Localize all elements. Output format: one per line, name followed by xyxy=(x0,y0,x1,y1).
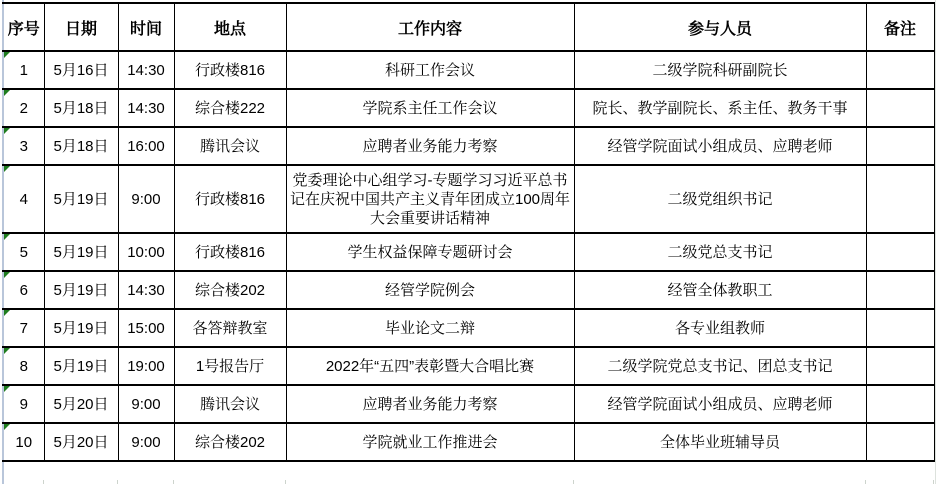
table-row: 9 5月20日 9:00 腾讯会议 应聘者业务能力考察 经管学院面试小组成员、应… xyxy=(3,385,934,423)
cell-date[interactable]: 5月18日 xyxy=(44,127,118,165)
cell-time[interactable]: 9:00 xyxy=(118,385,174,423)
cell-note[interactable] xyxy=(866,127,934,165)
error-flag-triangle-icon xyxy=(4,234,10,240)
cell-content[interactable]: 学院就业工作推进会 xyxy=(286,423,574,461)
table-row: 10 5月20日 9:00 综合楼202 学院就业工作推进会 全体毕业班辅导员 xyxy=(3,423,934,461)
seq-value: 4 xyxy=(20,191,28,208)
table-row: 2 5月18日 14:30 综合楼222 学院系主任工作会议 院长、教学副院长、… xyxy=(3,89,934,127)
error-flag-triangle-icon xyxy=(4,52,10,58)
seq-value: 2 xyxy=(20,100,28,117)
cell-note[interactable] xyxy=(866,347,934,385)
table-row: 4 5月19日 9:00 行政楼816 党委理论中心组学习-专题学习习近平总书记… xyxy=(3,165,934,233)
cell-seq[interactable]: 8 xyxy=(3,347,44,385)
header-content[interactable]: 工作内容 xyxy=(286,3,574,51)
gridline-tick xyxy=(865,480,866,484)
cell-content[interactable]: 应聘者业务能力考察 xyxy=(286,385,574,423)
sheet-partial-row-gridlines xyxy=(0,480,937,484)
seq-value: 6 xyxy=(20,282,28,299)
cell-content[interactable]: 毕业论文二辩 xyxy=(286,309,574,347)
cell-seq[interactable]: 2 xyxy=(3,89,44,127)
error-flag-triangle-icon xyxy=(4,424,10,430)
cell-date[interactable]: 5月19日 xyxy=(44,309,118,347)
cell-content[interactable]: 科研工作会议 xyxy=(286,51,574,89)
seq-value: 8 xyxy=(20,358,28,375)
cell-place[interactable]: 综合楼222 xyxy=(174,89,286,127)
table-row: 7 5月19日 15:00 各答辩教室 毕业论文二辩 各专业组教师 xyxy=(3,309,934,347)
cell-place[interactable]: 腾讯会议 xyxy=(174,127,286,165)
cell-time[interactable]: 16:00 xyxy=(118,127,174,165)
cell-seq[interactable]: 5 xyxy=(3,233,44,271)
seq-value: 9 xyxy=(20,396,28,413)
seq-value: 3 xyxy=(20,138,28,155)
cell-place[interactable]: 行政楼816 xyxy=(174,233,286,271)
error-flag-triangle-icon xyxy=(4,386,10,392)
cell-time[interactable]: 15:00 xyxy=(118,309,174,347)
seq-value: 10 xyxy=(15,434,32,451)
cell-time[interactable]: 9:00 xyxy=(118,423,174,461)
cell-date[interactable]: 5月19日 xyxy=(44,347,118,385)
cell-note[interactable] xyxy=(866,165,934,233)
cell-note[interactable] xyxy=(866,51,934,89)
gridline-tick xyxy=(2,480,4,484)
seq-value: 5 xyxy=(20,244,28,261)
cell-time[interactable]: 19:00 xyxy=(118,347,174,385)
table-row: 6 5月19日 14:30 综合楼202 经管学院例会 经管全体教职工 xyxy=(3,271,934,309)
cell-seq[interactable]: 3 xyxy=(3,127,44,165)
cell-content[interactable]: 党委理论中心组学习-专题学习习近平总书记在庆祝中国共产主义青年团成立100周年大… xyxy=(286,165,574,233)
cell-place[interactable]: 行政楼816 xyxy=(174,165,286,233)
error-flag-triangle-icon xyxy=(4,348,10,354)
cell-seq[interactable]: 7 xyxy=(3,309,44,347)
cell-participants[interactable]: 全体毕业班辅导员 xyxy=(574,423,866,461)
cell-seq[interactable]: 9 xyxy=(3,385,44,423)
cell-participants[interactable]: 二级党组织书记 xyxy=(574,165,866,233)
cell-seq[interactable]: 1 xyxy=(3,51,44,89)
table-row: 8 5月19日 19:00 1号报告厅 2022年“五四”表彰暨大合唱比赛 二级… xyxy=(3,347,934,385)
cell-participants[interactable]: 经管全体教职工 xyxy=(574,271,866,309)
header-place[interactable]: 地点 xyxy=(174,3,286,51)
cell-participants[interactable]: 院长、教学副院长、系主任、教务干事 xyxy=(574,89,866,127)
header-seq[interactable]: 序号 xyxy=(3,3,44,51)
cell-time[interactable]: 14:30 xyxy=(118,51,174,89)
cell-content[interactable]: 经管学院例会 xyxy=(286,271,574,309)
cell-participants[interactable]: 经管学院面试小组成员、应聘老师 xyxy=(574,385,866,423)
cell-date[interactable]: 5月19日 xyxy=(44,165,118,233)
cell-date[interactable]: 5月20日 xyxy=(44,423,118,461)
cell-place[interactable]: 腾讯会议 xyxy=(174,385,286,423)
cell-content[interactable]: 应聘者业务能力考察 xyxy=(286,127,574,165)
cell-note[interactable] xyxy=(866,271,934,309)
cell-date[interactable]: 5月20日 xyxy=(44,385,118,423)
seq-value: 7 xyxy=(20,320,28,337)
cell-content[interactable]: 学生权益保障专题研讨会 xyxy=(286,233,574,271)
error-flag-triangle-icon xyxy=(4,128,10,134)
cell-seq[interactable]: 4 xyxy=(3,165,44,233)
header-participants[interactable]: 参与人员 xyxy=(574,3,866,51)
cell-note[interactable] xyxy=(866,309,934,347)
gridline-tick xyxy=(117,480,118,484)
header-time[interactable]: 时间 xyxy=(118,3,174,51)
cell-participants[interactable]: 二级学院科研副院长 xyxy=(574,51,866,89)
cell-note[interactable] xyxy=(866,233,934,271)
cell-note[interactable] xyxy=(866,385,934,423)
cell-seq[interactable]: 6 xyxy=(3,271,44,309)
header-date[interactable]: 日期 xyxy=(44,3,118,51)
gridline-tick xyxy=(285,480,286,484)
cell-content[interactable]: 学院系主任工作会议 xyxy=(286,89,574,127)
schedule-table: 序号 日期 时间 地点 工作内容 参与人员 备注 1 5月16日 14:30 行… xyxy=(2,2,935,462)
cell-participants[interactable]: 二级学院党总支书记、团总支书记 xyxy=(574,347,866,385)
gridline-tick xyxy=(573,480,574,484)
header-row: 序号 日期 时间 地点 工作内容 参与人员 备注 xyxy=(3,3,934,51)
cell-participants[interactable]: 经管学院面试小组成员、应聘老师 xyxy=(574,127,866,165)
table-row: 1 5月16日 14:30 行政楼816 科研工作会议 二级学院科研副院长 xyxy=(3,51,934,89)
header-note[interactable]: 备注 xyxy=(866,3,934,51)
cell-date[interactable]: 5月19日 xyxy=(44,271,118,309)
cell-note[interactable] xyxy=(866,89,934,127)
table-row: 5 5月19日 10:00 行政楼816 学生权益保障专题研讨会 二级党总支书记 xyxy=(3,233,934,271)
error-flag-triangle-icon xyxy=(4,166,10,172)
cell-place[interactable]: 1号报告厅 xyxy=(174,347,286,385)
gridline-tick xyxy=(43,480,44,484)
cell-time[interactable]: 14:30 xyxy=(118,271,174,309)
cell-date[interactable]: 5月16日 xyxy=(44,51,118,89)
cell-time[interactable]: 10:00 xyxy=(118,233,174,271)
cell-date[interactable]: 5月18日 xyxy=(44,89,118,127)
table-row: 3 5月18日 16:00 腾讯会议 应聘者业务能力考察 经管学院面试小组成员、… xyxy=(3,127,934,165)
error-flag-triangle-icon xyxy=(4,90,10,96)
cell-time[interactable]: 9:00 xyxy=(118,165,174,233)
cell-date[interactable]: 5月19日 xyxy=(44,233,118,271)
cell-place[interactable]: 各答辩教室 xyxy=(174,309,286,347)
gridline-tick xyxy=(933,480,934,484)
cell-participants[interactable]: 二级党总支书记 xyxy=(574,233,866,271)
cell-participants[interactable]: 各专业组教师 xyxy=(574,309,866,347)
cell-place[interactable]: 综合楼202 xyxy=(174,423,286,461)
cell-seq[interactable]: 10 xyxy=(3,423,44,461)
sheet-right-gridline xyxy=(935,0,936,484)
cell-place[interactable]: 综合楼202 xyxy=(174,271,286,309)
error-flag-triangle-icon xyxy=(4,310,10,316)
cell-content[interactable]: 2022年“五四”表彰暨大合唱比赛 xyxy=(286,347,574,385)
seq-value: 1 xyxy=(20,62,28,79)
cell-time[interactable]: 14:30 xyxy=(118,89,174,127)
cell-note[interactable] xyxy=(866,423,934,461)
gridline-tick xyxy=(173,480,174,484)
error-flag-triangle-icon xyxy=(4,272,10,278)
cell-place[interactable]: 行政楼816 xyxy=(174,51,286,89)
